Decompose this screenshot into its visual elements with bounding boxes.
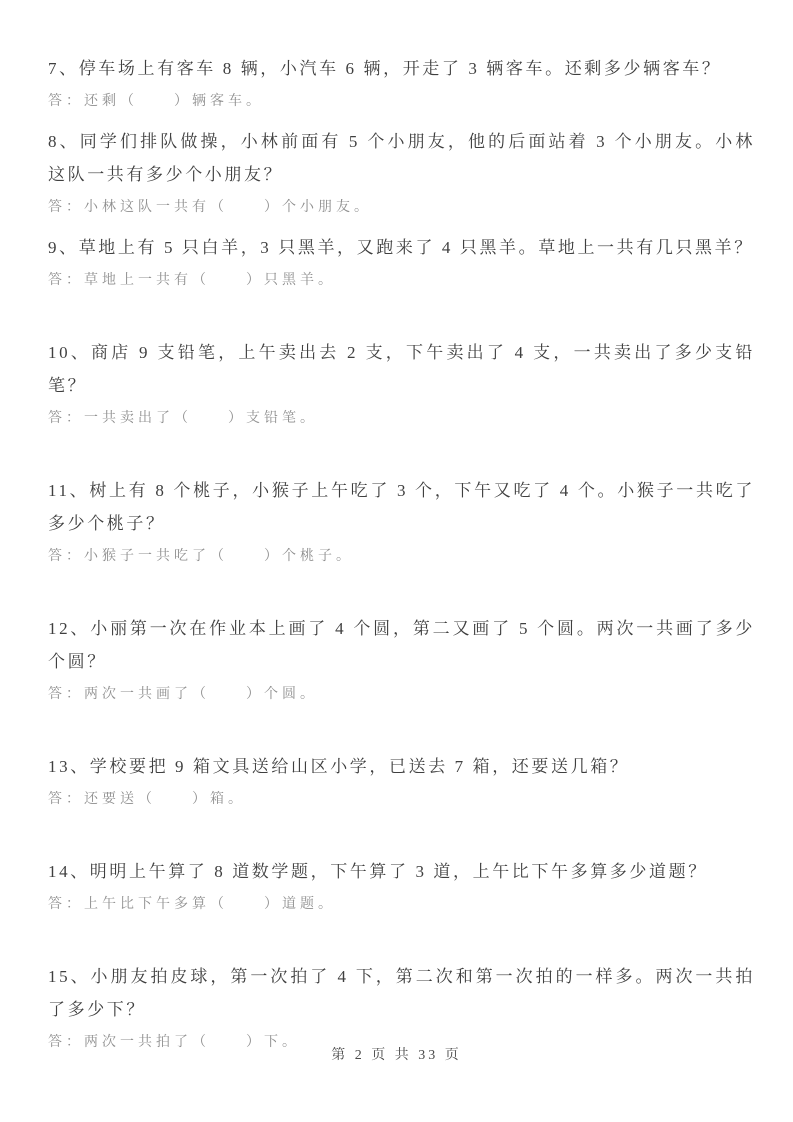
question-item-9: 9、草地上有 5 只白羊，3 只黑羊，又跑来了 4 只黑羊。草地上一共有几只黑羊… bbox=[48, 231, 755, 292]
question-item-11: 11、树上有 8 个桃子，小猴子上午吃了 3 个，下午又吃了 4 个。小猴子一共… bbox=[48, 474, 755, 568]
answer-line: 答：还要送（ ）箱。 bbox=[48, 789, 755, 811]
question-text: 10、商店 9 支铅笔，上午卖出去 2 支，下午卖出了 4 支，一共卖出了多少支… bbox=[48, 336, 755, 402]
question-item-8: 8、同学们排队做操，小林前面有 5 个小朋友，他的后面站着 3 个小朋友。小林这… bbox=[48, 125, 755, 219]
question-text: 9、草地上有 5 只白羊，3 只黑羊，又跑来了 4 只黑羊。草地上一共有几只黑羊… bbox=[48, 231, 755, 264]
question-item-13: 13、学校要把 9 箱文具送给山区小学，已送去 7 箱，还要送几箱？ 答：还要送… bbox=[48, 750, 755, 811]
question-item-10: 10、商店 9 支铅笔，上午卖出去 2 支，下午卖出了 4 支，一共卖出了多少支… bbox=[48, 336, 755, 430]
answer-line: 答：还剩（ ）辆客车。 bbox=[48, 91, 755, 113]
answer-line: 答：小猴子一共吃了（ ）个桃子。 bbox=[48, 546, 755, 568]
question-text: 7、停车场上有客车 8 辆，小汽车 6 辆，开走了 3 辆客车。还剩多少辆客车？ bbox=[48, 52, 755, 85]
question-item-14: 14、明明上午算了 8 道数学题，下午算了 3 道，上午比下午多算多少道题？ 答… bbox=[48, 855, 755, 916]
answer-line: 答：两次一共画了（ ）个圆。 bbox=[48, 684, 755, 706]
question-item-7: 7、停车场上有客车 8 辆，小汽车 6 辆，开走了 3 辆客车。还剩多少辆客车？… bbox=[48, 52, 755, 113]
page-footer: 第 2 页 共 33 页 bbox=[0, 1044, 793, 1064]
answer-line: 答：草地上一共有（ ）只黑羊。 bbox=[48, 270, 755, 292]
answer-line: 答：小林这队一共有（ ）个小朋友。 bbox=[48, 197, 755, 219]
question-text: 8、同学们排队做操，小林前面有 5 个小朋友，他的后面站着 3 个小朋友。小林这… bbox=[48, 125, 755, 191]
question-item-12: 12、小丽第一次在作业本上画了 4 个圆，第二又画了 5 个圆。两次一共画了多少… bbox=[48, 612, 755, 706]
answer-line: 答：一共卖出了（ ）支铅笔。 bbox=[48, 408, 755, 430]
worksheet-page: 7、停车场上有客车 8 辆，小汽车 6 辆，开走了 3 辆客车。还剩多少辆客车？… bbox=[0, 0, 793, 1122]
question-item-15: 15、小朋友拍皮球，第一次拍了 4 下，第二次和第一次拍的一样多。两次一共拍了多… bbox=[48, 960, 755, 1054]
worksheet-content: 7、停车场上有客车 8 辆，小汽车 6 辆，开走了 3 辆客车。还剩多少辆客车？… bbox=[0, 0, 793, 1054]
question-text: 11、树上有 8 个桃子，小猴子上午吃了 3 个，下午又吃了 4 个。小猴子一共… bbox=[48, 474, 755, 540]
question-text: 14、明明上午算了 8 道数学题，下午算了 3 道，上午比下午多算多少道题？ bbox=[48, 855, 755, 888]
question-text: 15、小朋友拍皮球，第一次拍了 4 下，第二次和第一次拍的一样多。两次一共拍了多… bbox=[48, 960, 755, 1026]
page-number-label: 第 2 页 共 33 页 bbox=[331, 1048, 462, 1063]
question-text: 12、小丽第一次在作业本上画了 4 个圆，第二又画了 5 个圆。两次一共画了多少… bbox=[48, 612, 755, 678]
answer-line: 答：上午比下午多算（ ）道题。 bbox=[48, 894, 755, 916]
question-text: 13、学校要把 9 箱文具送给山区小学，已送去 7 箱，还要送几箱？ bbox=[48, 750, 755, 783]
